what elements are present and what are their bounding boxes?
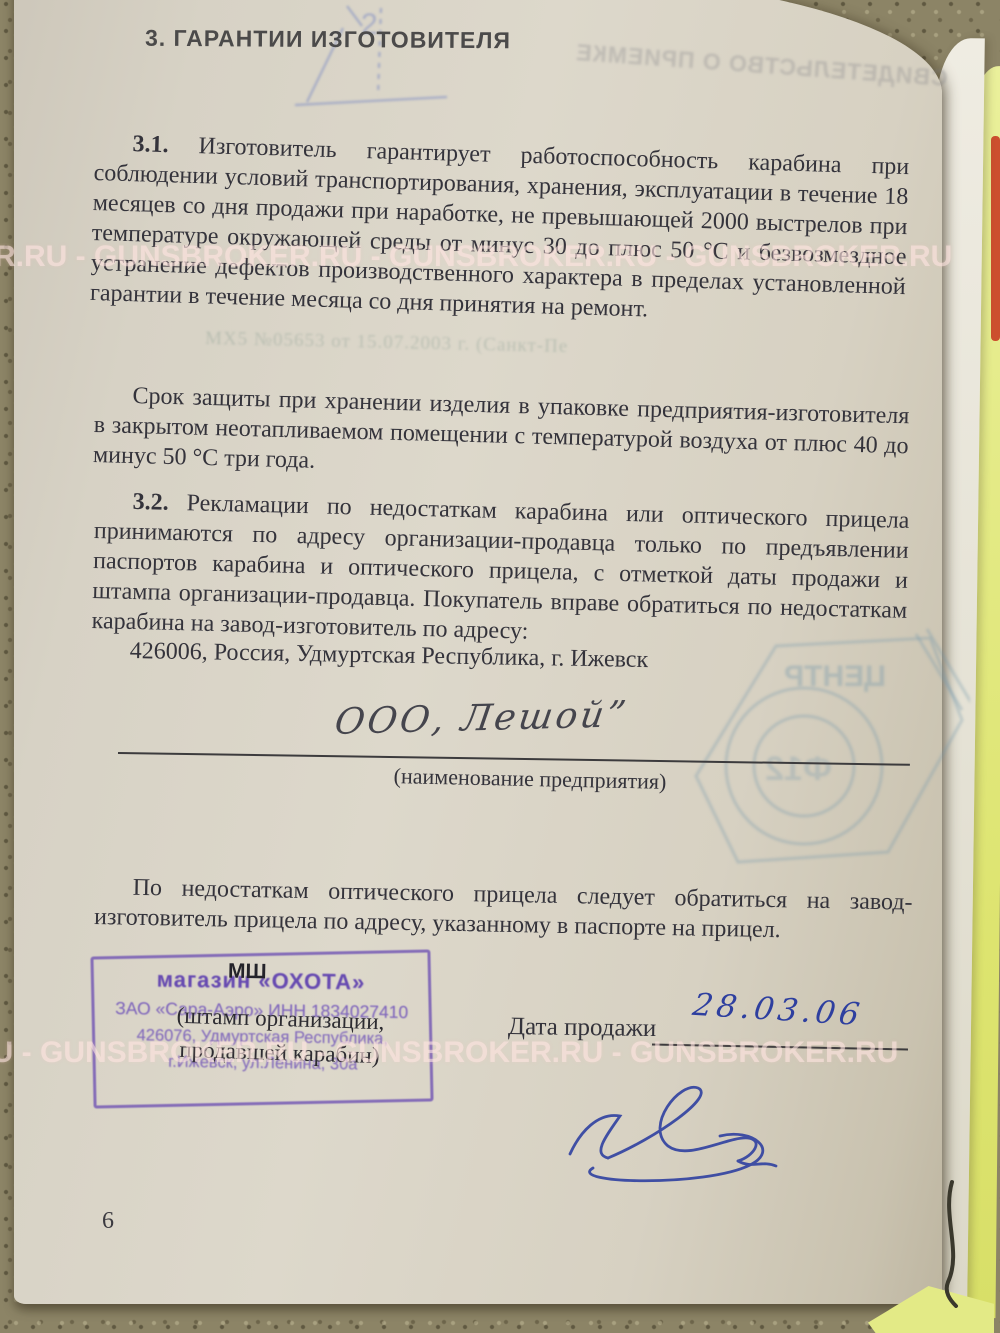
paragraph-3-2-number: 3.2.	[132, 489, 169, 516]
handwritten-signature	[548, 1068, 788, 1188]
msh-label: МШ	[228, 960, 267, 985]
bleed-through-top-stamp: 2	[285, 0, 455, 112]
paragraph-3-2: 3.2. Рекламации по недостаткам карабина …	[91, 486, 909, 656]
bleed-through-hexagon-stamp: ЦЕНТР Ф12	[680, 624, 970, 874]
watermark-band-bottom: R.RU - GUNSBROKER.RU - GUNSBROKER.RU - G…	[0, 1036, 960, 1070]
paragraph-3-1: 3.1. Изготовитель гарантирует работоспос…	[90, 128, 910, 332]
page-number: 6	[102, 1208, 114, 1235]
paragraph-3-2-text: Рекламации по недостаткам карабина или о…	[91, 490, 909, 645]
paragraph-3-1-text: Изготовитель гарантирует работоспособнос…	[90, 132, 910, 322]
dark-edge-squiggle	[936, 1178, 976, 1308]
handwritten-company-name: ООО, Лешой”	[332, 694, 631, 743]
red-bookmark-edge	[991, 136, 1000, 341]
document-photo: СВИДЕТЕЛЬСТВО О ПРИЕМКЕ МХ5 №05653 от 15…	[0, 0, 1000, 1333]
paragraph-3-1-number: 3.1.	[132, 131, 169, 158]
hex-stamp-number: Ф12	[765, 750, 832, 788]
watermark-band-top: R.RU - GUNSBROKER.RU - GUNSBROKER.RU - G…	[0, 240, 1000, 274]
hex-stamp-text: ЦЕНТР	[784, 660, 886, 693]
section-title: 3. ГАРАНТИИ ИЗГОТОВИТЕЛЯ	[145, 25, 511, 55]
stamp-caption-line1: (штамп организации,	[176, 1003, 384, 1035]
